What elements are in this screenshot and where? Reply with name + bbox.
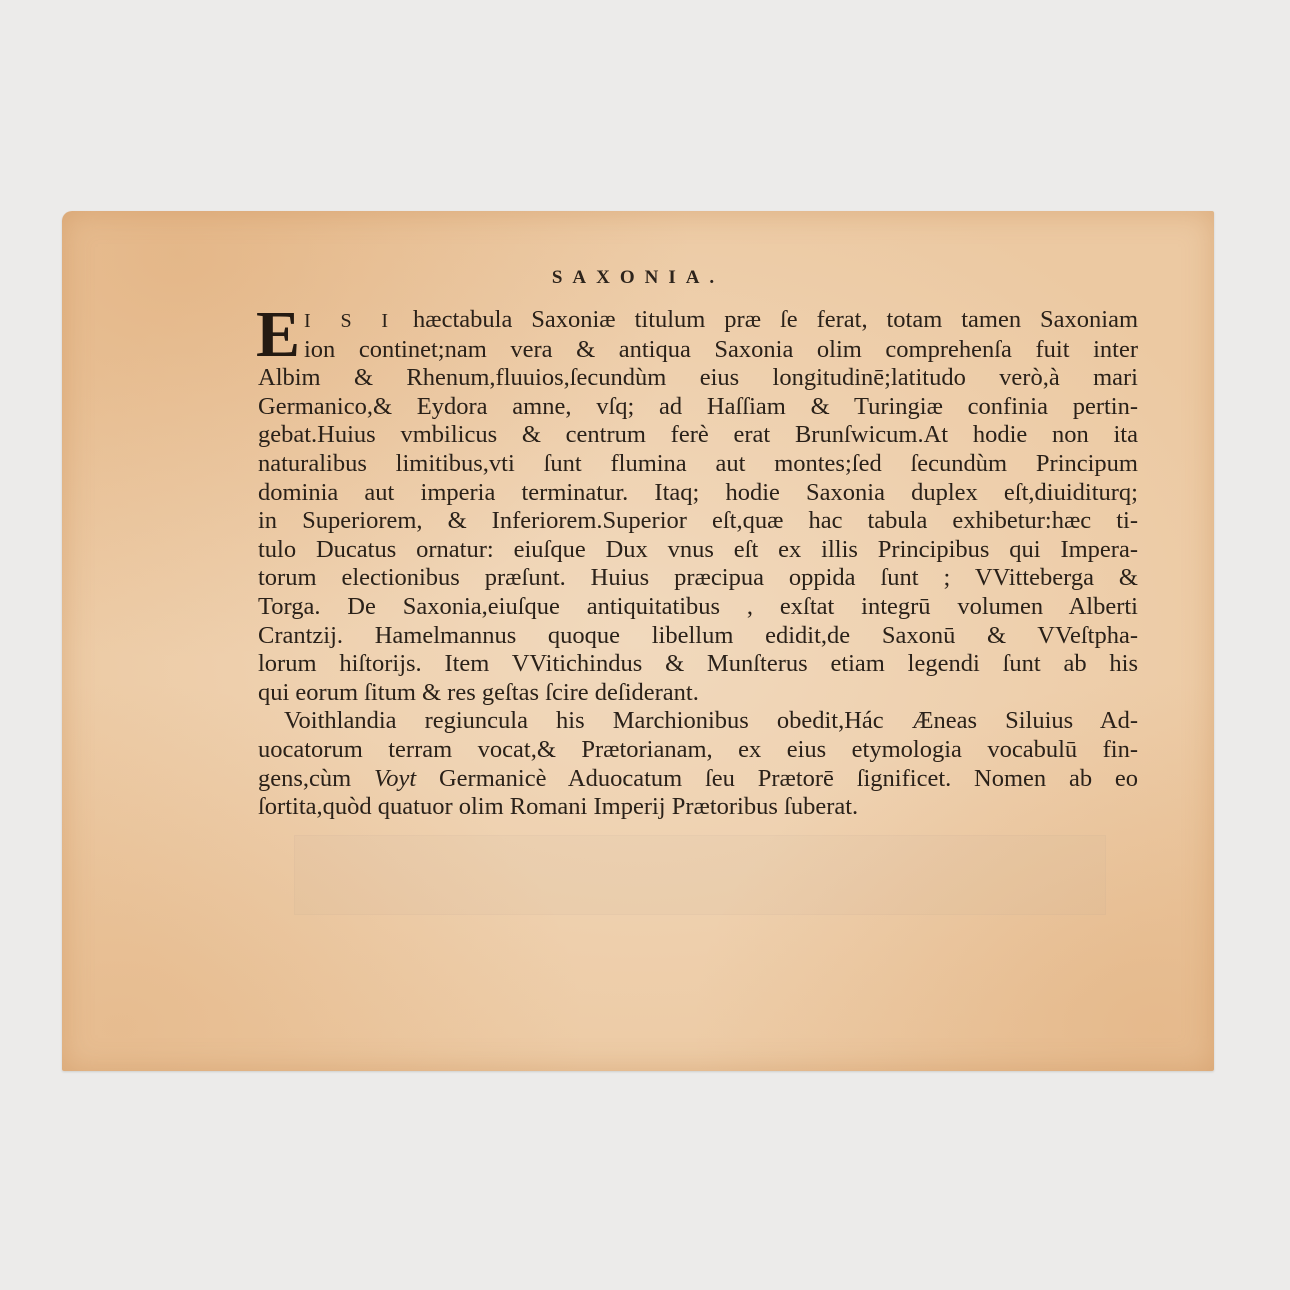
drop-cap: E <box>256 308 300 362</box>
italic-word: Voyt <box>374 765 416 792</box>
text-line: uocatorum terram vocat,& Prætorianam, ex… <box>258 736 1138 765</box>
text-line: in Superiorem, & Inferiorem.Superior eſt… <box>258 507 1138 536</box>
text-line: Albim & Rhenum,fluuios,ſecundùm eius lon… <box>258 364 1138 393</box>
text-line: ion continet;nam vera & antiqua Saxonia … <box>304 336 1138 365</box>
text-fragment: Germanicè Aduocatum ſeu Prætorē ſignific… <box>416 765 1138 792</box>
smallcaps-word: I S I <box>304 310 394 332</box>
text-fragment: gens,cùm <box>258 765 374 792</box>
text-line: lorum hiſtorijs. Item VVitichindus & Mun… <box>258 650 1138 679</box>
body-text: E I S I hæctabula Saxoniæ titulum præ ſe… <box>258 306 1138 822</box>
text-line: Torga. De Saxonia,eiuſque antiquitatibus… <box>258 593 1138 622</box>
text-line: naturalibus limitibus,vti ſunt flumina a… <box>258 450 1138 479</box>
text-line: torum electionibus præſunt. Huius præcip… <box>258 564 1138 593</box>
text-line: qui eorum ſitum & res geſtas ſcire deſid… <box>258 679 1138 708</box>
text-line: ſortita,quòd quatuor olim Romani Imperij… <box>258 793 1138 822</box>
text-line: gens,cùm Voyt Germanicè Aduocatum ſeu Pr… <box>258 765 1138 794</box>
text-line: dominia aut imperia terminatur. Itaq; ho… <box>258 479 1138 508</box>
text-line: gebat.Huius vmbilicus & centrum ferè era… <box>258 421 1138 450</box>
text-line: I S I hæctabula Saxoniæ titulum præ ſe f… <box>304 306 1138 336</box>
text-line: Voithlandia regiuncula his Marchionibus … <box>258 707 1138 736</box>
opening-lines: E I S I hæctabula Saxoniæ titulum præ ſe… <box>258 306 1138 364</box>
text-line: Crantzij. Hamelmannus quoque libellum ed… <box>258 622 1138 651</box>
text-fragment: hæctabula Saxoniæ titulum præ ſe ferat, … <box>413 306 1138 333</box>
page-title: SAXONIA. <box>62 267 1214 289</box>
antique-page: SAXONIA. E I S I hæctabula Saxoniæ titul… <box>62 211 1214 1071</box>
text-line: tulo Ducatus ornatur: eiuſque Dux vnus e… <box>258 536 1138 565</box>
bleed-through-map-shadow <box>294 835 1106 915</box>
text-line: Germanico,& Eydora amne, vſq; ad Haſſiam… <box>258 393 1138 422</box>
